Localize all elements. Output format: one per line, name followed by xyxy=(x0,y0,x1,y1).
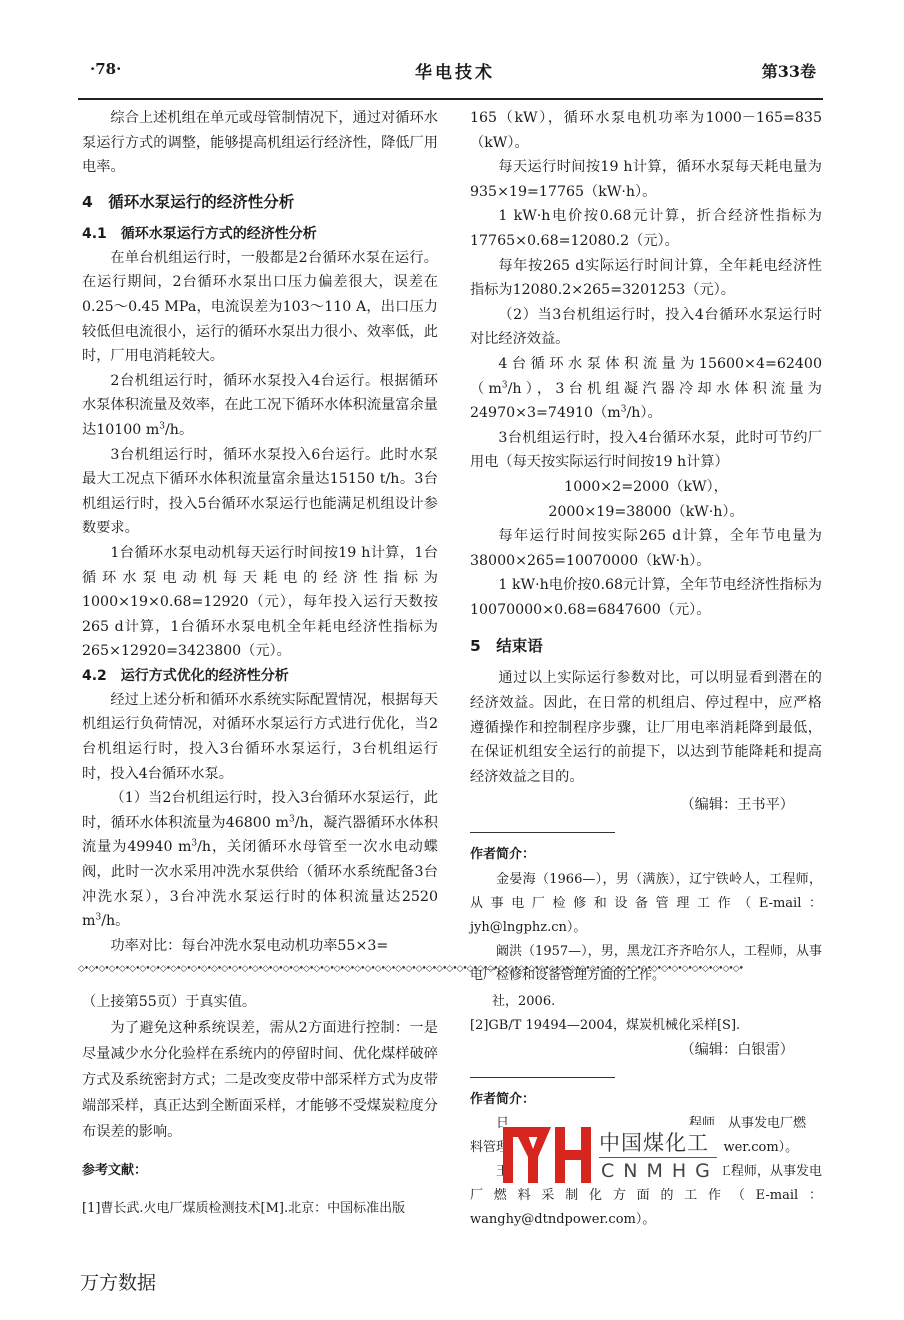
author-heading: 作者简介： xyxy=(470,843,822,868)
bottom-left-column: （上接第55页）于真实值。 为了避免这种系统误差，需从2方面进行控制：一是尽量减… xyxy=(82,990,438,1221)
cnmhg-logo: 中国煤化工 CNMHG xyxy=(503,1125,723,1185)
footnote-rule xyxy=(470,1077,615,1078)
reference-item: [1]曹长武.火电厂煤质检测技术[M].北京：中国标准出版 xyxy=(82,1197,438,1221)
section-4-heading: 4 循环水泵运行的经济性分析 xyxy=(82,190,438,214)
references-heading: 参考文献： xyxy=(82,1159,438,1184)
logo-english-text: CNMHG xyxy=(601,1160,719,1182)
editor-note: （编辑：王书平） xyxy=(470,793,822,818)
header-rule xyxy=(78,98,823,100)
paragraph: 为了避免这种系统误差，需从2方面进行控制：一是尽量减少水分化验样在系统内的停留时… xyxy=(82,1015,438,1145)
wanfang-watermark: 万方数据 xyxy=(80,1268,156,1295)
bottom-right-column: 社，2006. [2]GB/T 19494—2004，煤炭机械化采样[S]. （… xyxy=(470,990,822,1232)
section-5-heading: 5 结束语 xyxy=(470,634,822,658)
section-4-1-heading: 4.1 循环水泵运行方式的经济性分析 xyxy=(82,222,438,246)
paragraph: 每年运行时间按实际265 d计算，全年节电量为38000×265=1007000… xyxy=(470,524,822,573)
equation: 1000×2=2000（kW）， xyxy=(470,475,822,500)
paragraph: 1 kW·h电价按0.68元计算，全年节电经济性指标为10070000×0.68… xyxy=(470,573,822,622)
paragraph: 经过上述分析和循环水系统实际配置情况，根据每天机组运行负荷情况，对循环水泵运行方… xyxy=(82,688,438,786)
paragraph: 1台循环水泵电动机每天运行时间按19 h计算，1台循环水泵电动机每天耗电的经济性… xyxy=(82,541,438,664)
reference-continued: 社，2006. xyxy=(470,990,822,1014)
continued-note: （上接第55页）于真实值。 xyxy=(82,990,438,1015)
section-4-2-heading: 4.2 运行方式优化的经济性分析 xyxy=(82,664,438,688)
paragraph: （1）当2台机组运行时，投入3台循环水泵运行，此时，循环水体积流量为46800 … xyxy=(82,786,438,934)
paragraph: 通过以上实际运行参数对比，可以明显看到潜在的经济效益。因此，在日常的机组启、停过… xyxy=(470,666,822,789)
paragraph: 165（kW），循环水泵电机功率为1000－165=835（kW）。 xyxy=(470,106,822,155)
logo-chinese-text: 中国煤化工 xyxy=(599,1127,709,1157)
paragraph: 2台机组运行时，循环水泵投入4台运行。根据循环水泵体积流量及效率，在此工况下循环… xyxy=(82,369,438,443)
paragraph: 3台机组运行时，投入4台循环水泵，此时可节约厂用电（每天按实际运行时间按19 h… xyxy=(470,426,822,475)
author-bio: 阚洪（1957—），男，黑龙江齐齐哈尔人，工程师，从事电厂检修和设备管理方面的工… xyxy=(470,940,822,988)
paragraph: 3台机组运行时，循环水泵投入6台运行。此时水泵最大工况点下循环水体积流量富余量达… xyxy=(82,443,438,541)
paragraph: 每天运行时间按19 h计算，循环水泵每天耗电量为935×19=17765（kW·… xyxy=(470,155,822,204)
reference-item: [2]GB/T 19494—2004，煤炭机械化采样[S]. xyxy=(470,1014,822,1038)
article-divider: ◇•◇•◇•◇•◇•◇•◇•◇•◇•◇•◇•◇•◇•◇•◇•◇•◇•◇•◇•◇•… xyxy=(78,965,823,973)
right-column: 165（kW），循环水泵电机功率为1000－165=835（kW）。 每天运行时… xyxy=(470,106,822,988)
paragraph: （2）当3台机组运行时，投入4台循环水泵运行时对比经济效益。 xyxy=(470,303,822,352)
left-column: 综合上述机组在单元或母管制情况下，通过对循环水泵运行方式的调整，能够提高机组运行… xyxy=(82,106,438,958)
author-heading: 作者简介： xyxy=(470,1088,822,1113)
paragraph: 1 kW·h电价按0.68元计算，折合经济性指标为17765×0.68=1208… xyxy=(470,204,822,253)
logo-mark-icon xyxy=(503,1127,591,1183)
footnote-rule xyxy=(470,832,615,833)
equation: 2000×19=38000（kW·h）。 xyxy=(470,500,822,525)
author-bio: 金晏海（1966—），男（满族），辽宁铁岭人，工程师，从事电厂检修和设备管理工作… xyxy=(470,868,822,940)
page-header: ·78· 华电技术 第33卷 xyxy=(80,58,830,88)
volume-label: 第33卷 xyxy=(762,59,816,82)
paragraph: 每年按265 d实际运行时间计算，全年耗电经济性指标为12080.2×265=3… xyxy=(470,254,822,303)
paragraph: 在单台机组运行时，一般都是2台循环水泵在运行。在运行期间，2台循环水泵出口压力偏… xyxy=(82,246,438,369)
intro-paragraph: 综合上述机组在单元或母管制情况下，通过对循环水泵运行方式的调整，能够提高机组运行… xyxy=(82,106,438,180)
editor-note: （编辑：白银雷） xyxy=(470,1038,822,1063)
journal-title: 华电技术 xyxy=(80,58,830,83)
logo-rule xyxy=(599,1157,717,1158)
paragraph: 功率对比：每台冲洗水泵电动机功率55×3= xyxy=(82,934,438,959)
paragraph: 4台循环水泵体积流量为15600×4=62400（m3/h），3台机组凝汽器冷却… xyxy=(470,352,822,426)
